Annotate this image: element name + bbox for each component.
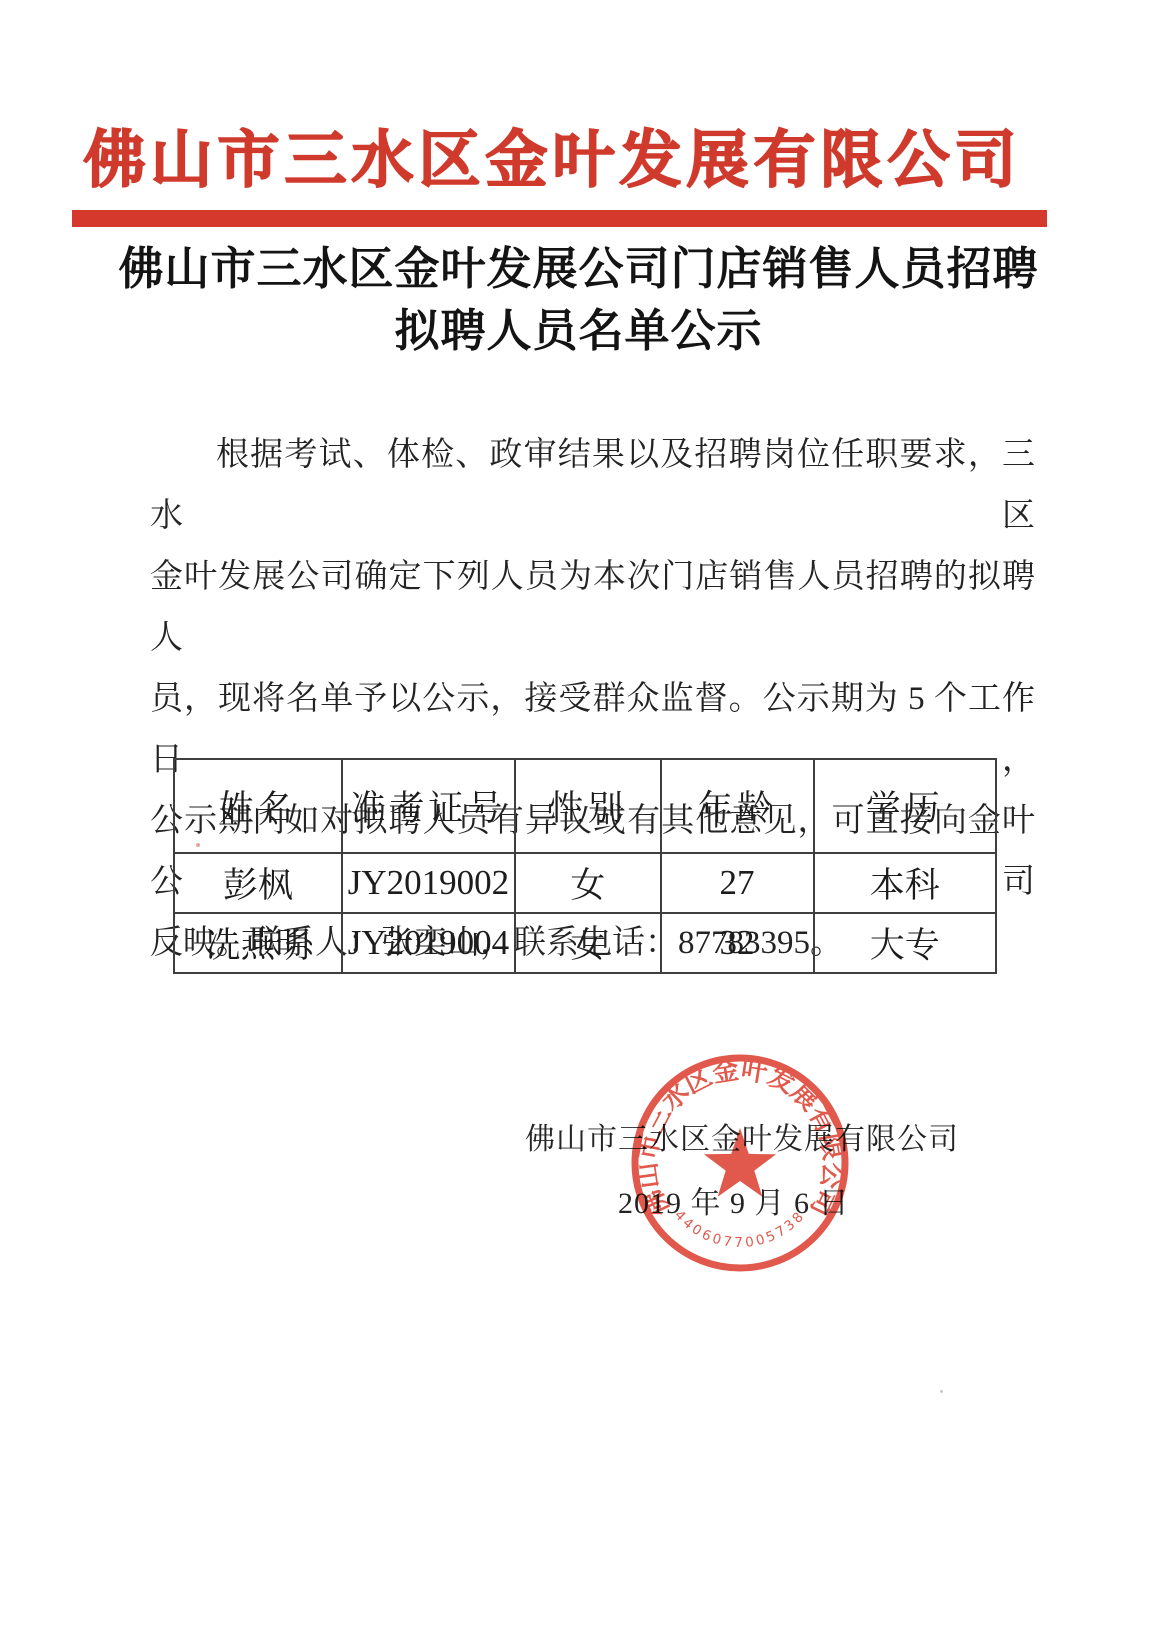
cell-name: 冼燕明	[174, 913, 342, 973]
cell-exam-id: JY2019002	[342, 853, 515, 913]
col-header-gender: 性别	[515, 759, 660, 853]
document-title: 佛山市三水区金叶发展公司门店销售人员招聘 拟聘人员名单公示	[0, 238, 1157, 362]
scan-speckle	[705, 145, 709, 148]
scan-speckle	[196, 843, 200, 847]
col-header-age: 年龄	[661, 759, 814, 853]
document-title-line2: 拟聘人员名单公示	[0, 300, 1157, 362]
candidate-table: 姓名 准考证号 性别 年龄 学历 彭枫 JY2019002 女 27 本科 冼燕…	[173, 758, 997, 974]
cell-gender: 女	[515, 913, 660, 973]
official-seal-stamp: 佛山市三水区金叶发展有限公司 4406077005738	[610, 1033, 870, 1293]
cell-education: 大专	[814, 913, 997, 973]
document-page: 佛山市三水区金叶发展有限公司 佛山市三水区金叶发展公司门店销售人员招聘 拟聘人员…	[0, 0, 1157, 1637]
cell-education: 本科	[814, 853, 997, 913]
scan-speckle	[940, 1390, 943, 1393]
cell-age: 32	[661, 913, 814, 973]
table-header-row: 姓名 准考证号 性别 年龄 学历	[174, 759, 996, 853]
col-header-exam-id: 准考证号	[342, 759, 515, 853]
cell-exam-id: JY2019004	[342, 913, 515, 973]
cell-gender: 女	[515, 853, 660, 913]
table-row: 冼燕明 JY2019004 女 32 大专	[174, 913, 996, 973]
cell-name: 彭枫	[174, 853, 342, 913]
letterhead-company-name: 佛山市三水区金叶发展有限公司	[0, 110, 1105, 199]
stamp-serial-number: 4406077005738	[671, 1207, 809, 1251]
stamp-star-icon	[704, 1128, 776, 1197]
col-header-education: 学历	[814, 759, 997, 853]
letterhead-divider-bar	[72, 210, 1047, 227]
body-line: 金叶发展公司确定下列人员为本次门店销售人员招聘的拟聘人	[150, 547, 1035, 669]
table-row: 彭枫 JY2019002 女 27 本科	[174, 853, 996, 913]
document-title-line1: 佛山市三水区金叶发展公司门店销售人员招聘	[0, 238, 1157, 300]
cell-age: 27	[661, 853, 814, 913]
col-header-name: 姓名	[174, 759, 342, 853]
body-line: 根据考试、体检、政审结果以及招聘岗位任职要求，三水区	[150, 425, 1035, 547]
